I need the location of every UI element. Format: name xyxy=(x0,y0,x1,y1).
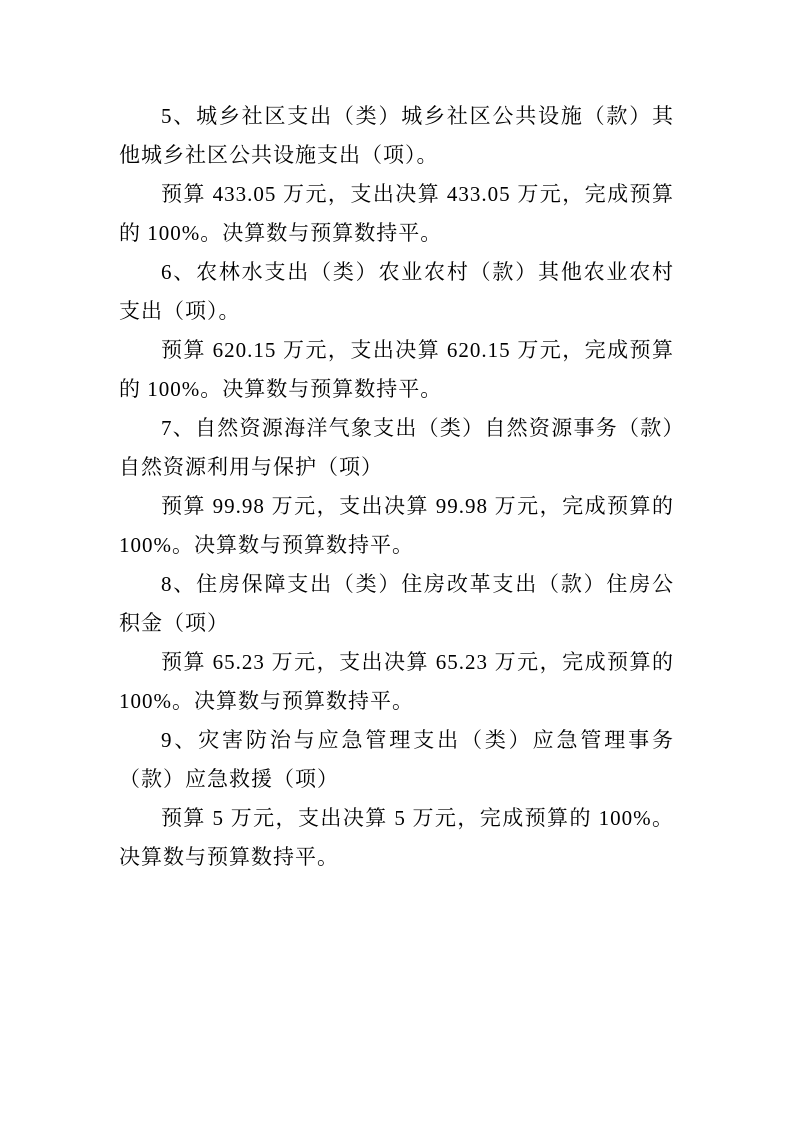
section-6-heading: 6、农林水支出（类）农业农村（款）其他农业农村支出（项）。 xyxy=(119,253,674,331)
section-8-detail: 预算 65.23 万元，支出决算 65.23 万元，完成预算的 100%。决算数… xyxy=(119,643,674,721)
section-5-detail: 预算 433.05 万元，支出决算 433.05 万元，完成预算的 100%。决… xyxy=(119,175,674,253)
document-page: 5、城乡社区支出（类）城乡社区公共设施（款）其他城乡社区公共设施支出（项）。 预… xyxy=(0,0,793,1122)
section-9-detail: 预算 5 万元，支出决算 5 万元，完成预算的 100%。决算数与预算数持平。 xyxy=(119,799,674,877)
section-7-detail: 预算 99.98 万元，支出决算 99.98 万元，完成预算的 100%。决算数… xyxy=(119,487,674,565)
section-7-heading: 7、自然资源海洋气象支出（类）自然资源事务（款）自然资源利用与保护（项） xyxy=(119,409,674,487)
section-6-detail: 预算 620.15 万元，支出决算 620.15 万元，完成预算的 100%。决… xyxy=(119,331,674,409)
section-8-heading: 8、住房保障支出（类）住房改革支出（款）住房公积金（项） xyxy=(119,565,674,643)
section-5-heading: 5、城乡社区支出（类）城乡社区公共设施（款）其他城乡社区公共设施支出（项）。 xyxy=(119,97,674,175)
section-9-heading: 9、灾害防治与应急管理支出（类）应急管理事务（款）应急救援（项） xyxy=(119,721,674,799)
